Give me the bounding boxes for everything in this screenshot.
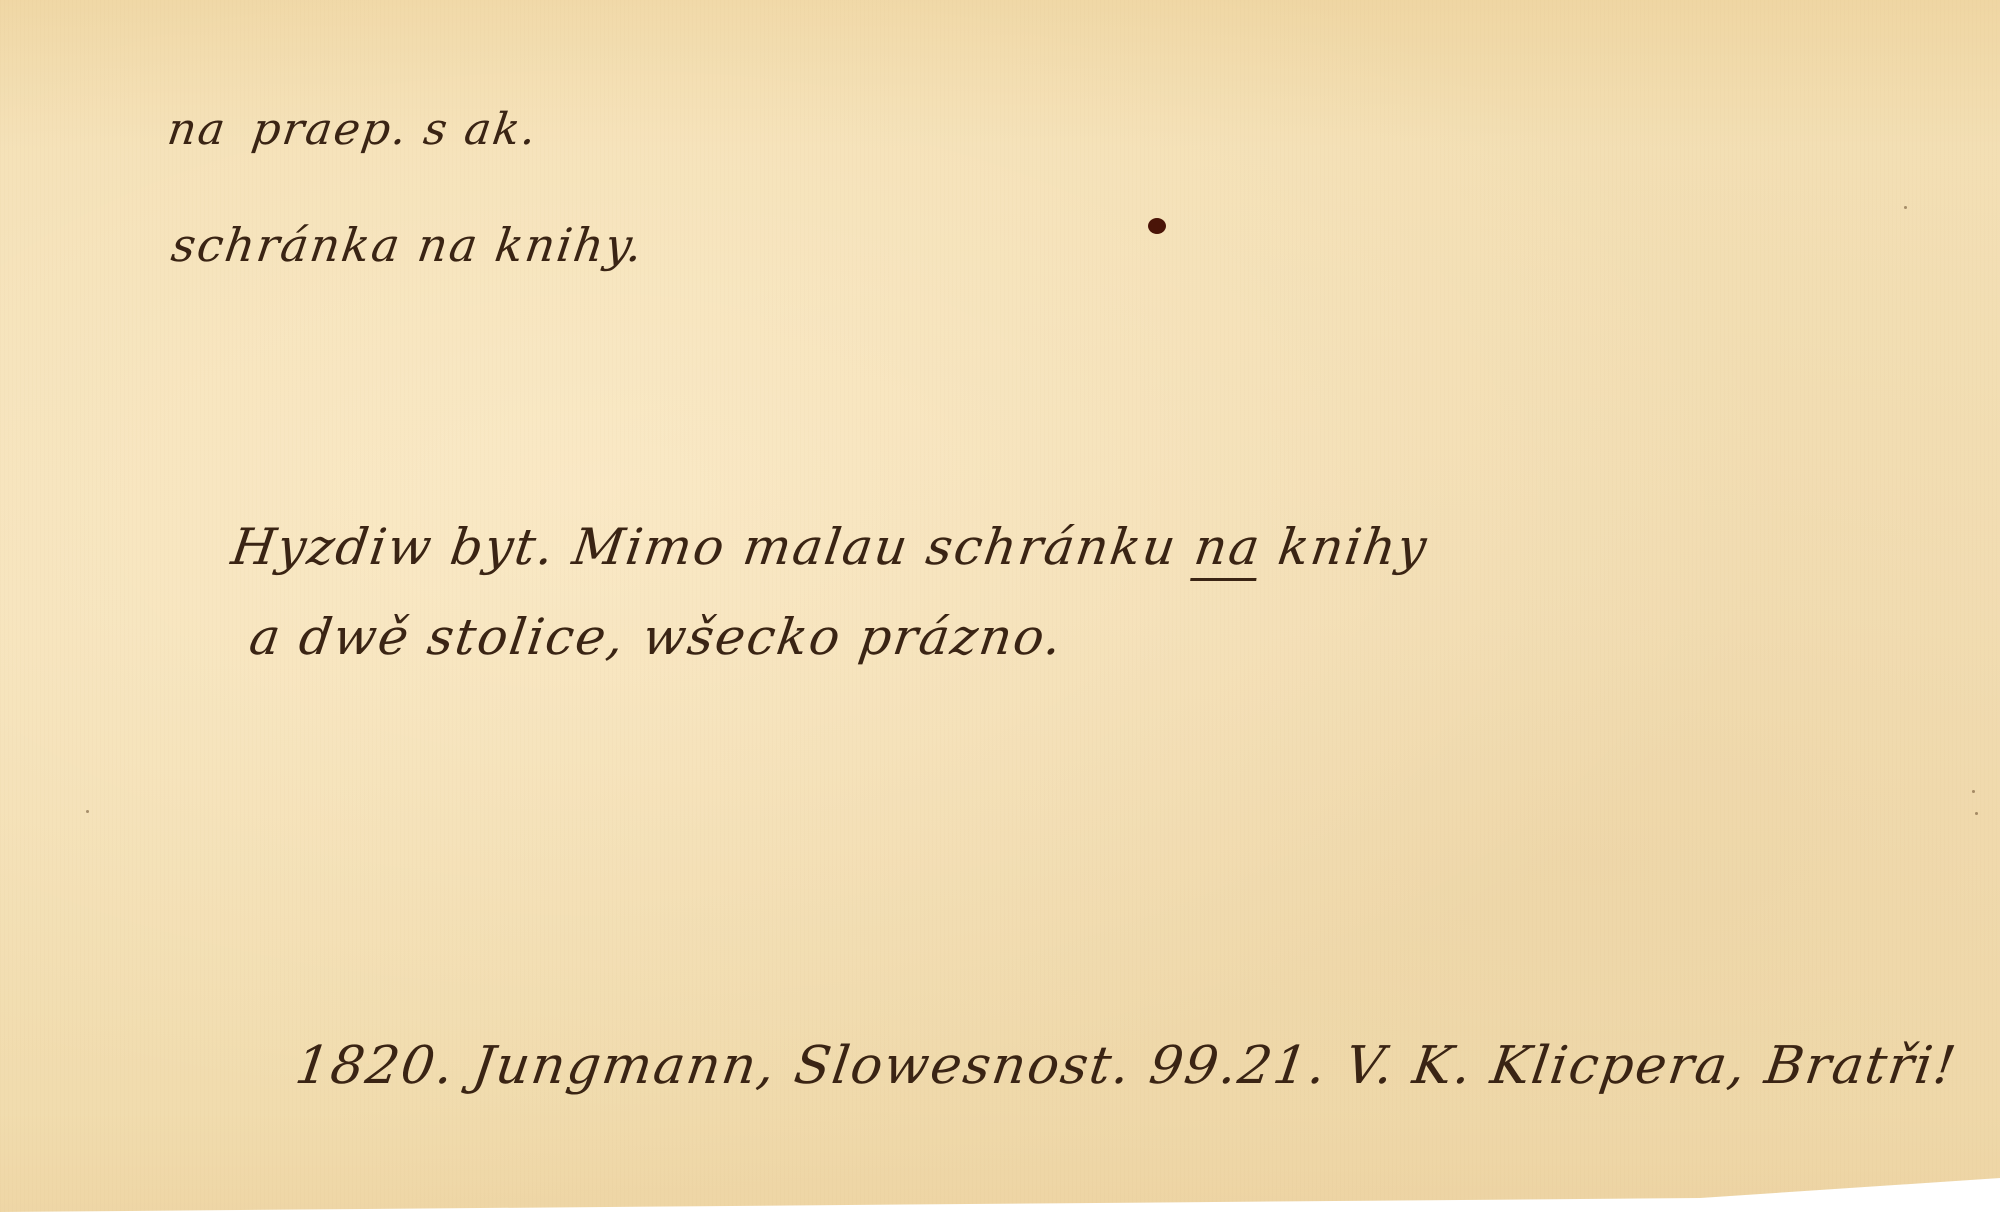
example-text-before: Hyzdiw byt. Mimo malau schránku <box>228 518 1199 576</box>
example-text-after: knihy <box>1257 518 1432 576</box>
paper-speck <box>1904 206 1907 209</box>
example-underlined-word: na <box>1191 518 1265 576</box>
example-line-2: a dwě stolice, wšecko prázno. <box>246 608 1067 666</box>
citation-author-work: V. K. Klicpera, Bratři! <box>1342 1036 1961 1096</box>
headword: na <box>164 104 230 155</box>
paper-speck <box>1972 790 1975 793</box>
citation-page: 99.21. <box>1146 1036 1332 1096</box>
grammar-note: praep. s ak. <box>249 104 541 155</box>
sense-definition: schránka na knihy. <box>168 218 648 272</box>
index-card: napraep. s ak. schránka na knihy. Hyzdiw… <box>0 0 2000 1232</box>
example-line-1: Hyzdiw byt. Mimo malau schránku na knihy <box>228 518 1432 576</box>
ink-blot <box>1148 218 1166 234</box>
paper-speck <box>1975 812 1978 815</box>
citation-year: 1820. <box>292 1036 459 1096</box>
headword-line: napraep. s ak. <box>164 104 541 155</box>
citation-line: 1820. Jungmann, Slowesnost. 99.21. V. K.… <box>292 1036 1961 1096</box>
citation-source: Jungmann, Slowesnost. <box>469 1036 1135 1096</box>
paper-speck <box>86 810 89 813</box>
